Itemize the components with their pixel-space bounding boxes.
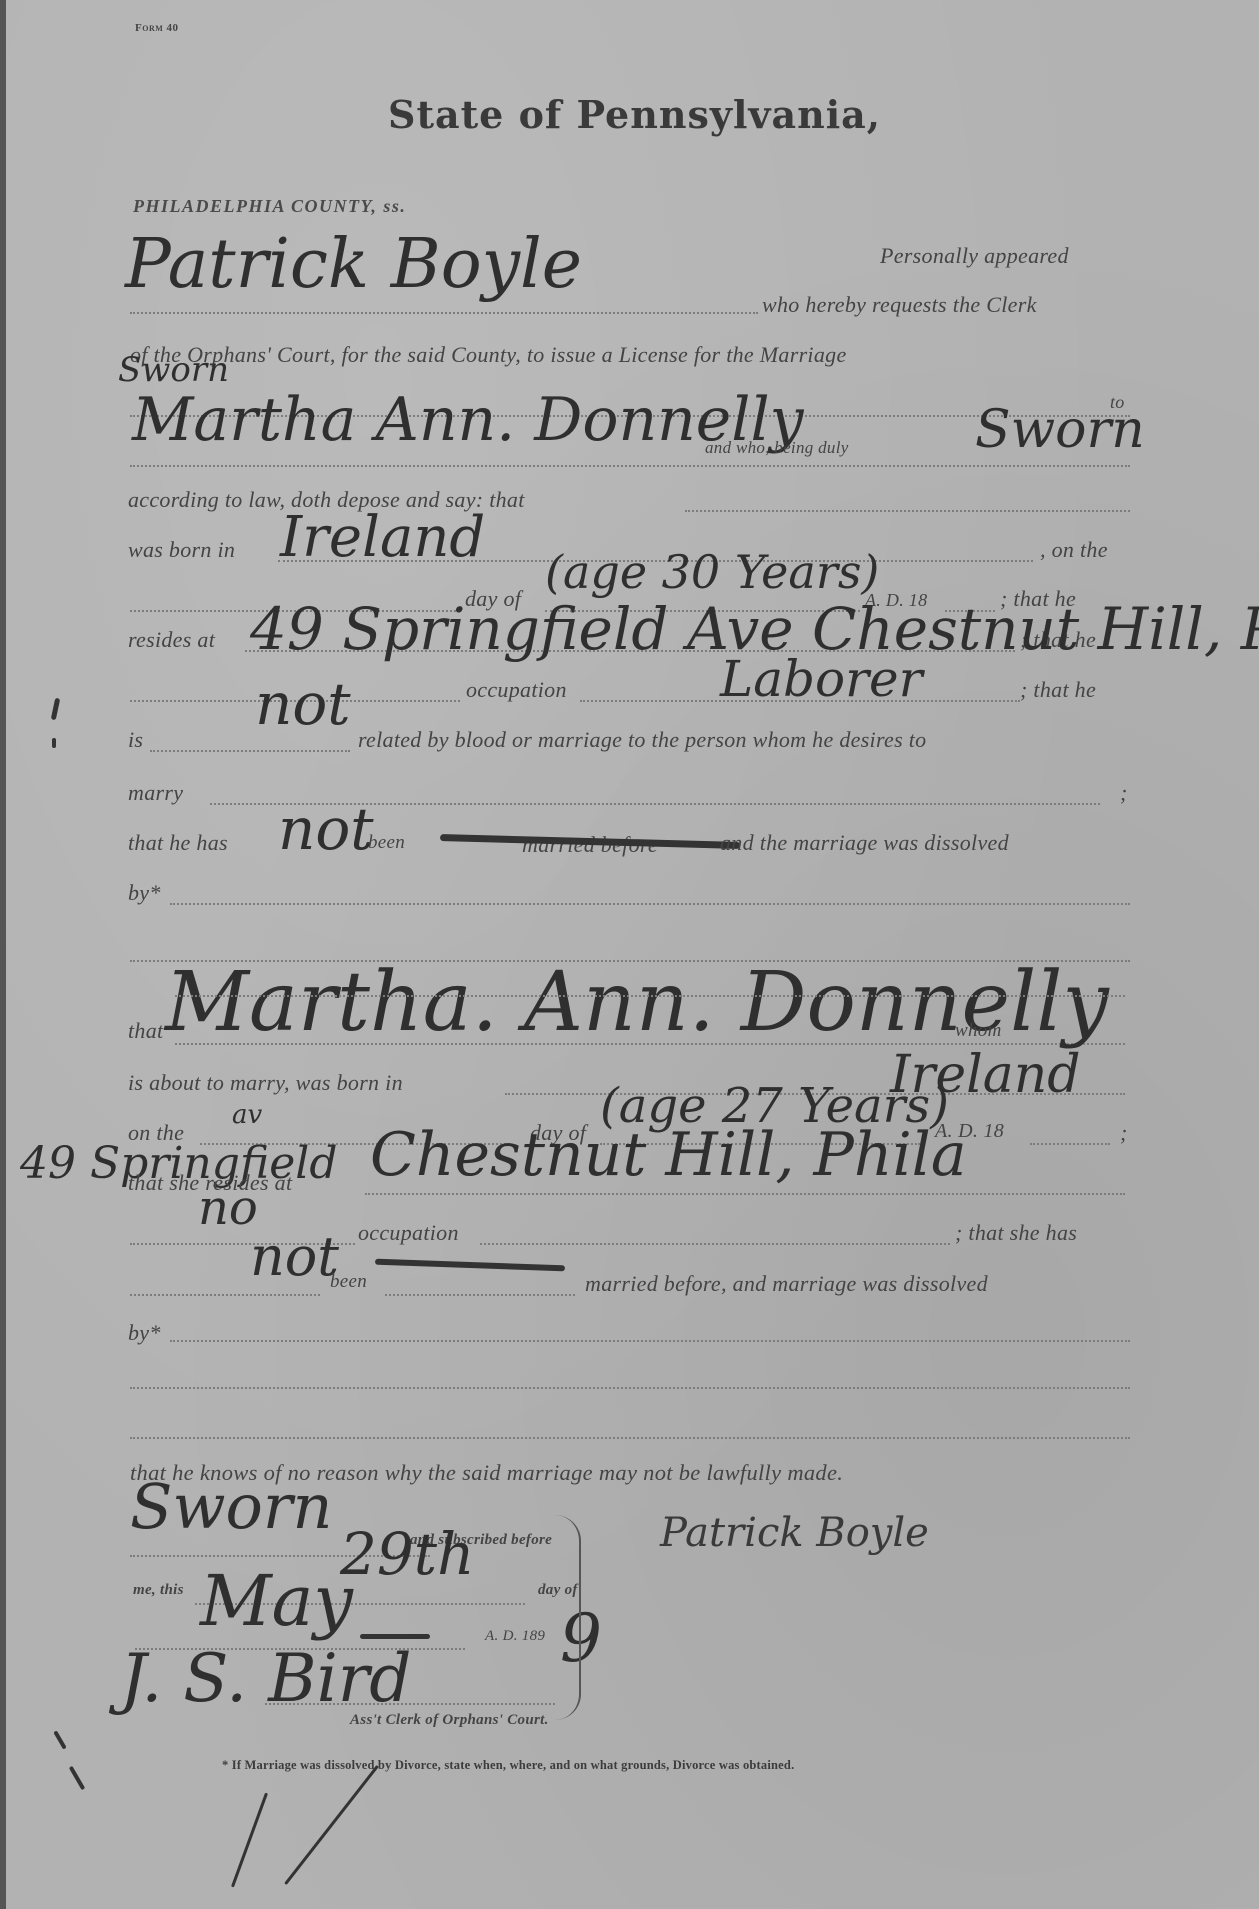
that-she-has-text: ; that she has: [955, 1220, 1077, 1246]
bride-married-before-handwritten: not: [250, 1225, 339, 1288]
sworn-word-handwritten: Sworn: [975, 400, 1145, 460]
bride-residence-line: [365, 1193, 1125, 1195]
margin-ink-mark-4: [69, 1766, 85, 1791]
that-text: that: [128, 1018, 163, 1044]
and-dissolved-text: and the marriage was dissolved: [720, 830, 1009, 856]
groom-related-handwritten: not: [255, 670, 351, 738]
signature-flourish-stroke: [231, 1793, 268, 1888]
occupation-2-text: occupation: [358, 1220, 459, 1246]
county-heading: PHILADELPHIA COUNTY, ss.: [133, 196, 406, 217]
margin-ink-mark-2: [52, 738, 56, 748]
bride-birthyear-line: [1030, 1143, 1110, 1145]
groom-occupation-handwritten: Laborer: [720, 650, 923, 708]
groom-married-before-handwritten: not: [278, 795, 374, 863]
marriage-license-document: Form 40 State of Pennsylvania, PHILADELP…: [0, 0, 1259, 1909]
groom-related-line: [150, 750, 350, 752]
whom-text: whom: [955, 1020, 1002, 1042]
clerk-signature-line: [265, 1703, 555, 1705]
margin-ink-mark-3: [53, 1730, 66, 1749]
deponent-line: [685, 510, 1130, 512]
sworn-bottom-handwritten: Sworn: [130, 1470, 332, 1543]
groom-age-handwritten: (age 30 Years): [545, 545, 879, 599]
day-sworn-handwritten: 29th: [340, 1520, 474, 1588]
bride-not-underline-mark: [375, 1259, 565, 1272]
occupation-text: occupation: [466, 677, 567, 703]
bride-day-handwritten: av: [232, 1100, 262, 1130]
bride-name-upper-line: [175, 995, 1125, 997]
ad-189-text: A. D. 189: [485, 1628, 545, 1645]
me-this-text: me, this: [133, 1582, 184, 1599]
applicant-name-line: [130, 312, 758, 314]
clerk-signature-handwritten: J. S. Bird: [120, 1640, 412, 1717]
that-he-3-text: ; that he: [1020, 677, 1096, 703]
who-requests-text: who hereby requests the Clerk: [762, 292, 1037, 318]
is-text: is: [128, 727, 143, 753]
resides-at-text: resides at: [128, 627, 215, 653]
by-star-text: by*: [128, 880, 161, 906]
signature-flourish-stroke-2: [284, 1765, 379, 1885]
month-underline-mark: [360, 1634, 430, 1639]
was-born-in-text: was born in: [128, 537, 235, 563]
bracket-mark: [555, 1515, 581, 1720]
bride-been-pre-line: [130, 1294, 320, 1296]
been-2-text: been: [330, 1271, 367, 1293]
page-title: State of Pennsylvania,: [388, 92, 881, 137]
related-by-blood-text: related by blood or marriage to the pers…: [358, 727, 926, 753]
bride-occupation-line: [480, 1243, 950, 1245]
bride-dissolved-line-2: [130, 1387, 1130, 1389]
personally-appeared-text: Personally appeared: [880, 243, 1069, 269]
sworn-note-handwritten: Sworn: [118, 350, 229, 390]
bride-occupation-handwritten: no: [198, 1180, 258, 1236]
applicant-signature: Patrick Boyle: [660, 1510, 929, 1556]
form-number: Form 40: [135, 22, 179, 34]
on-the-text: , on the: [1040, 537, 1108, 563]
marry-text: marry: [128, 780, 183, 806]
semicolon-2-text: ;: [1120, 1120, 1128, 1146]
bride-name-handwritten: Martha Ann. Donnelly: [132, 385, 804, 455]
semicolon-text: ;: [1120, 780, 1128, 806]
bride-been-line: [385, 1294, 575, 1296]
divorce-footnote: * If Marriage was dissolved by Divorce, …: [222, 1758, 794, 1773]
bride-dissolved-line-3: [130, 1437, 1130, 1439]
married-before-dissolved-text: married before, and marriage was dissolv…: [585, 1271, 988, 1297]
asst-clerk-text: Ass't Clerk of Orphans' Court.: [350, 1712, 549, 1729]
groom-dissolved-line-1: [170, 903, 1130, 905]
being-duly-line: [130, 465, 1130, 467]
month-sworn-handwritten: May: [200, 1560, 353, 1642]
bride-residence-handwritten: Chestnut Hill, Phila: [370, 1120, 967, 1190]
applicant-name-handwritten: Patrick Boyle: [125, 225, 582, 304]
bride-dissolved-line-1: [170, 1340, 1130, 1342]
that-he-has-text: that he has: [128, 830, 228, 856]
margin-ink-mark: [51, 698, 60, 721]
groom-birthplace-handwritten: Ireland: [280, 505, 485, 570]
been-text: been: [368, 832, 405, 854]
and-who-being-duly-text: and who, being duly: [705, 438, 849, 458]
by-star-2-text: by*: [128, 1320, 161, 1346]
is-about-to-marry-text: is about to marry, was born in: [128, 1070, 403, 1096]
orphans-court-text: of the Orphans' Court, for the said Coun…: [130, 342, 847, 368]
